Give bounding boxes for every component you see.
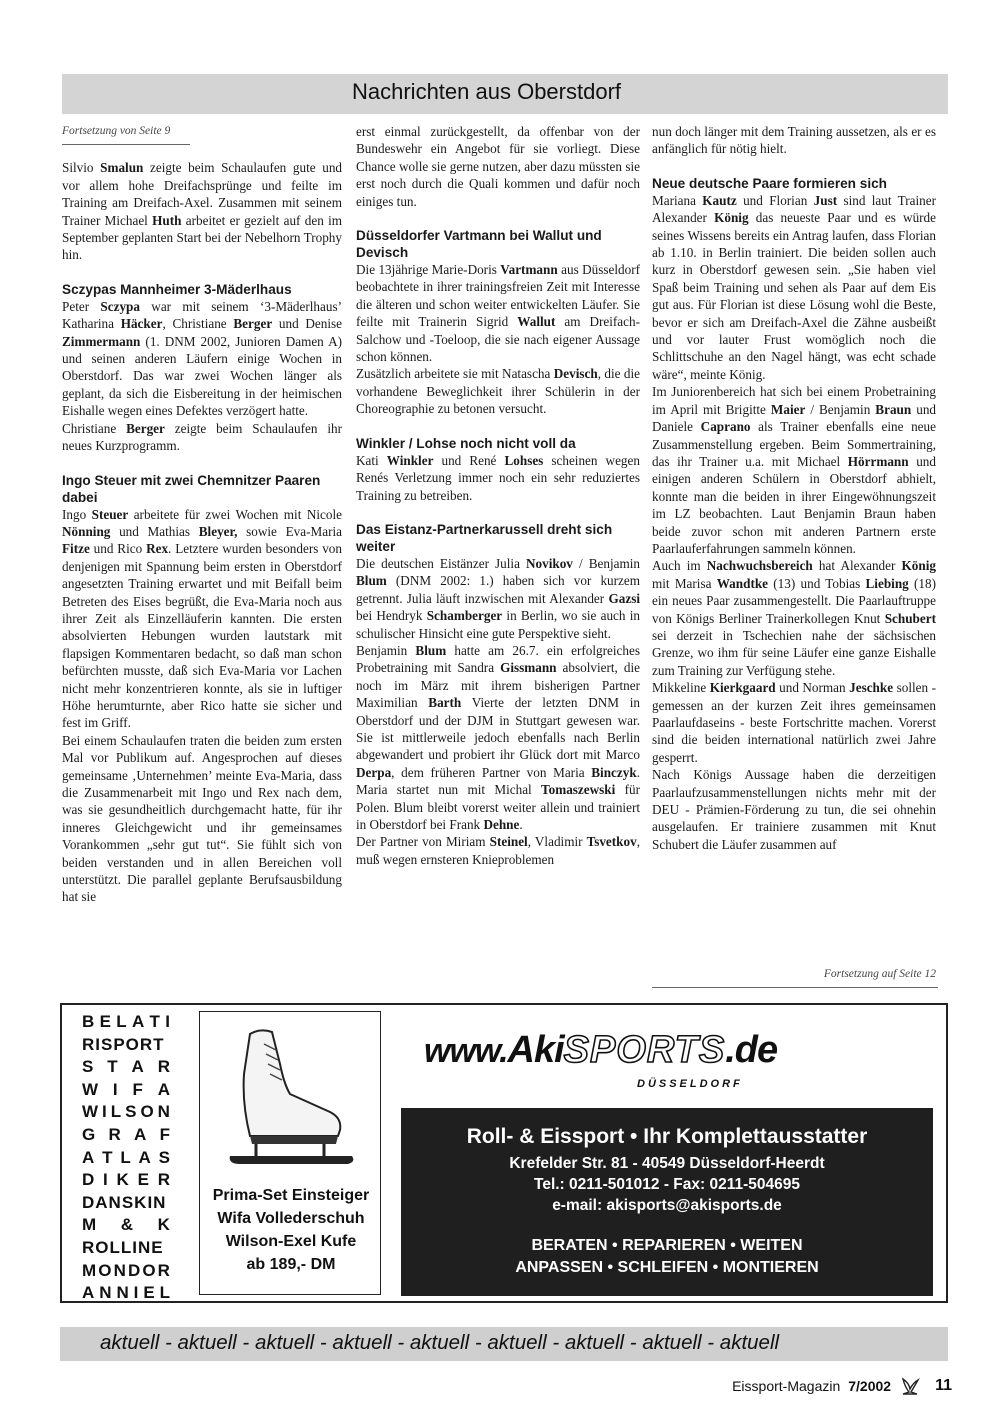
text-run: und Norman xyxy=(776,680,849,695)
person-name: Smalun xyxy=(100,160,143,175)
paragraph: Christiane Berger zeigte beim Schaulaufe… xyxy=(62,420,342,455)
text-run: Ingo xyxy=(62,507,92,522)
person-name: Blum xyxy=(356,573,387,588)
person-name: Kierkgaard xyxy=(710,680,776,695)
person-name: Liebing xyxy=(866,576,909,591)
section-header: Nachrichten aus Oberstdorf xyxy=(62,74,948,114)
person-name: Wallut xyxy=(517,314,555,329)
page-footer: Eissport-Magazin 7/2002 11 xyxy=(732,1375,952,1397)
text-run: , Vladimir xyxy=(528,834,587,849)
person-name: Zimmermann xyxy=(62,334,140,349)
text-run: und René xyxy=(433,453,504,468)
text-run: und Florian xyxy=(737,193,814,208)
text-run: , dem früheren Partner von Maria xyxy=(391,765,591,780)
magazine-name: Eissport-Magazin xyxy=(732,1378,840,1394)
text-run: und Rico xyxy=(90,541,146,556)
person-name: Novikov xyxy=(526,556,573,571)
person-name: König xyxy=(902,558,936,573)
text-run: / Benjamin xyxy=(805,402,875,417)
paragraph: Ingo Steuer arbeitete für zwei Wochen mi… xyxy=(62,506,342,732)
text-run: (DNM 2002: 1.) haben sich vor kurzem get… xyxy=(356,573,640,605)
brand-list: BELATIRISPORTSTARWIFAWILSONGRAFATLASDIKE… xyxy=(82,1011,182,1305)
paragraph: Nach Königs Aussage haben die derzeitige… xyxy=(652,766,936,853)
person-name: Sczypa xyxy=(100,299,140,314)
ice-skate-icon xyxy=(220,1024,360,1174)
text-run: Der Partner von Miriam xyxy=(356,834,490,849)
person-name: Braun xyxy=(875,402,911,417)
text-run: Auch im xyxy=(652,558,707,573)
continued-from-note: Fortsetzung von Seite 9 xyxy=(62,123,190,145)
person-name: Blum xyxy=(415,643,446,658)
brand-name: STAR xyxy=(82,1056,170,1079)
contact-box: Roll- & Eissport • Ihr Komplettausstatte… xyxy=(401,1108,933,1296)
subheading: Neue deutsche Paare formieren sich xyxy=(652,175,936,192)
person-name: Rex xyxy=(146,541,168,556)
text-run: , Christiane xyxy=(162,316,233,331)
offer-price: ab 189,- DM xyxy=(200,1253,382,1276)
brand-sports: SPORTS xyxy=(564,1029,726,1071)
person-name: König xyxy=(714,210,748,225)
skate-offer-box: Prima-Set Einsteiger Wifa Vollederschuh … xyxy=(199,1011,381,1295)
person-name: Huth xyxy=(152,213,181,228)
brand-name: DANSKIN xyxy=(82,1192,170,1215)
text-run: bei Hendryk xyxy=(356,608,427,623)
aktuell-banner: aktuell - aktuell - aktuell - aktuell - … xyxy=(60,1327,948,1361)
text-run: / Benjamin xyxy=(573,556,640,571)
subheading: Sczypas Mannheimer 3-Mäderlhaus xyxy=(62,281,342,298)
email[interactable]: e-mail: akisports@akisports.de xyxy=(401,1197,933,1215)
offer-line: Prima-Set Einsteiger xyxy=(200,1184,382,1207)
person-name: Häcker xyxy=(121,316,163,331)
offer-text: Prima-Set Einsteiger Wifa Vollederschuh … xyxy=(200,1184,382,1276)
paragraph: Benjamin Blum hatte am 26.7. ein erfolgr… xyxy=(356,642,640,833)
url-suffix: .de xyxy=(725,1029,777,1071)
issue-number: 7/2002 xyxy=(848,1378,891,1394)
text-run: . Letztere wurden besonders von denjenig… xyxy=(62,541,342,730)
person-name: Gazsi xyxy=(608,591,640,606)
person-name: Devisch xyxy=(554,366,598,381)
text-run: Benjamin xyxy=(356,643,415,658)
offer-line: Wilson-Exel Kufe xyxy=(200,1230,382,1253)
text-run: Christiane xyxy=(62,421,126,436)
text-run: Peter xyxy=(62,299,100,314)
paragraph: Zusätzlich arbeitete sie mit Natascha De… xyxy=(356,365,640,417)
paragraph: Silvio Smalun zeigte beim Schaulaufen gu… xyxy=(62,159,342,263)
person-name: Kautz xyxy=(702,193,736,208)
text-run: Die deutschen Eistänzer Julia xyxy=(356,556,526,571)
person-name: Steuer xyxy=(92,507,129,522)
services-line-2: ANPASSEN • SCHLEIFEN • MONTIEREN xyxy=(401,1259,933,1277)
text-run: hat Alexander xyxy=(813,558,902,573)
brand-name: M & K xyxy=(82,1214,170,1237)
address: Krefelder Str. 81 - 40549 Düsseldorf-Hee… xyxy=(401,1155,933,1173)
paragraph: Mikkeline Kierkgaard und Norman Jeschke … xyxy=(652,679,936,766)
text-run: Kati xyxy=(356,453,387,468)
skater-logo-icon xyxy=(899,1375,921,1397)
text-run: und Denise xyxy=(272,316,342,331)
person-name: Vartmann xyxy=(500,262,557,277)
text-run: Mikkeline xyxy=(652,680,710,695)
tagline: Roll- & Eissport • Ihr Komplettausstatte… xyxy=(401,1125,933,1149)
person-name: Caprano xyxy=(701,419,751,434)
text-run: sei derzeit in Tschechien nahe der sächs… xyxy=(652,628,936,678)
brand-name: ANNIEL xyxy=(82,1282,170,1305)
advertisement: BELATIRISPORTSTARWIFAWILSONGRAFATLASDIKE… xyxy=(60,1003,948,1303)
paragraph: Im Juniorenbereich hat sich bei einem Pr… xyxy=(652,383,936,557)
subheading: Düsseldorfer Vartmann bei Wallut und Dev… xyxy=(356,227,640,261)
paragraph: Kati Winkler und René Lohses scheinen we… xyxy=(356,452,640,504)
person-name: Winkler xyxy=(387,453,434,468)
person-name: Jeschke xyxy=(849,680,893,695)
person-name: Wandtke xyxy=(717,576,768,591)
person-name: Schamberger xyxy=(427,608,502,623)
text-run: Mariana xyxy=(652,193,702,208)
url-prefix: www. xyxy=(424,1032,508,1070)
text-run: und einigen anderen Schülern in Oberstdo… xyxy=(652,454,936,556)
person-name: Gissmann xyxy=(500,660,556,675)
text-run: (13) und Tobias xyxy=(768,576,865,591)
text-run: mit Marisa xyxy=(652,576,717,591)
subheading: Das Eistanz-Partnerkarussell dreht sich … xyxy=(356,521,640,555)
paragraph: Der Partner von Miriam Steinel, Vladimir… xyxy=(356,833,640,868)
person-name: Just xyxy=(814,193,837,208)
text-run: und Mathias xyxy=(110,524,198,539)
person-name: Fitze xyxy=(62,541,90,556)
paragraph: Die 13jährige Marie-Doris Vartmann aus D… xyxy=(356,261,640,365)
brand-aki: Aki xyxy=(508,1029,564,1071)
person-name: Lohses xyxy=(504,453,543,468)
person-name: Barth xyxy=(428,695,461,710)
text-run: sowie Eva-Maria xyxy=(237,524,342,539)
brand-name: RISPORT xyxy=(82,1034,170,1057)
person-name: Berger xyxy=(126,421,165,436)
article-column-2: erst einmal zurückgestellt, da offenbar … xyxy=(356,123,640,868)
page-number: 11 xyxy=(935,1377,952,1395)
paragraph: Peter Sczypa war mit seinem ‘3-Mäderlhau… xyxy=(62,298,342,420)
shop-url-logo[interactable]: www.AkiSPORTS.de xyxy=(424,1029,777,1072)
person-name: Berger xyxy=(233,316,272,331)
person-name: Hörrmann xyxy=(848,454,909,469)
person-name: Derpa xyxy=(356,765,391,780)
brand-name: ROLLINE xyxy=(82,1237,170,1260)
person-name: Tsvetkov xyxy=(587,834,637,849)
person-name: Nachwuchsbereich xyxy=(707,558,813,573)
article-column-1: Fortsetzung von Seite 9 Silvio Smalun ze… xyxy=(62,123,342,906)
text-run: Silvio xyxy=(62,160,100,175)
brand-name: BELATI xyxy=(82,1011,170,1034)
person-name: Binczyk xyxy=(591,765,636,780)
phone-fax: Tel.: 0211-501012 - Fax: 0211-504695 xyxy=(401,1176,933,1194)
brand-name: ATLAS xyxy=(82,1147,170,1170)
continued-to-note: Fortsetzung auf Seite 12 xyxy=(652,968,936,980)
brand-name: DIKER xyxy=(82,1169,170,1192)
text-run: . xyxy=(519,817,522,832)
brand-name: WILSON xyxy=(82,1101,170,1124)
paragraph: Auch im Nachwuchsbereich hat Alexander K… xyxy=(652,557,936,679)
article-column-3: nun doch länger mit dem Training aussetz… xyxy=(652,123,936,853)
services-line-1: BERATEN • REPARIEREN • WEITEN xyxy=(401,1237,933,1255)
city-label: DÜSSELDORF xyxy=(637,1078,743,1090)
text-run: Zusätzlich arbeitete sie mit Natascha xyxy=(356,366,554,381)
paragraph: Die deutschen Eistänzer Julia Novikov / … xyxy=(356,555,640,642)
text-run: Die 13jährige Marie-Doris xyxy=(356,262,500,277)
subheading: Ingo Steuer mit zwei Chemnitzer Paaren d… xyxy=(62,472,342,506)
person-name: Bleyer, xyxy=(199,524,238,539)
text-run: das neueste Paar und es würde seines Wis… xyxy=(652,210,936,382)
banner-text: aktuell - aktuell - aktuell - aktuell - … xyxy=(100,1331,779,1355)
subheading: Winkler / Lohse noch nicht voll da xyxy=(356,435,640,452)
text-run: arbeitete für zwei Wochen mit Nicole xyxy=(128,507,342,522)
person-name: Tomaszewski xyxy=(541,782,615,797)
brand-name: WIFA xyxy=(82,1079,170,1102)
divider xyxy=(652,987,938,988)
person-name: Maier xyxy=(771,402,805,417)
offer-line: Wifa Vollederschuh xyxy=(200,1207,382,1230)
section-title: Nachrichten aus Oberstdorf xyxy=(352,79,621,105)
paragraph: erst einmal zurückgestellt, da offenbar … xyxy=(356,123,640,210)
person-name: Steinel xyxy=(490,834,528,849)
person-name: Dehne xyxy=(483,817,519,832)
paragraph: nun doch länger mit dem Training aussetz… xyxy=(652,123,936,158)
paragraph: Bei einem Schaulaufen traten die beiden … xyxy=(62,732,342,906)
brand-name: GRAF xyxy=(82,1124,170,1147)
brand-name: MONDOR xyxy=(82,1260,170,1283)
person-name: Nönning xyxy=(62,524,110,539)
person-name: Schubert xyxy=(885,611,936,626)
paragraph: Mariana Kautz und Florian Just sind laut… xyxy=(652,192,936,383)
